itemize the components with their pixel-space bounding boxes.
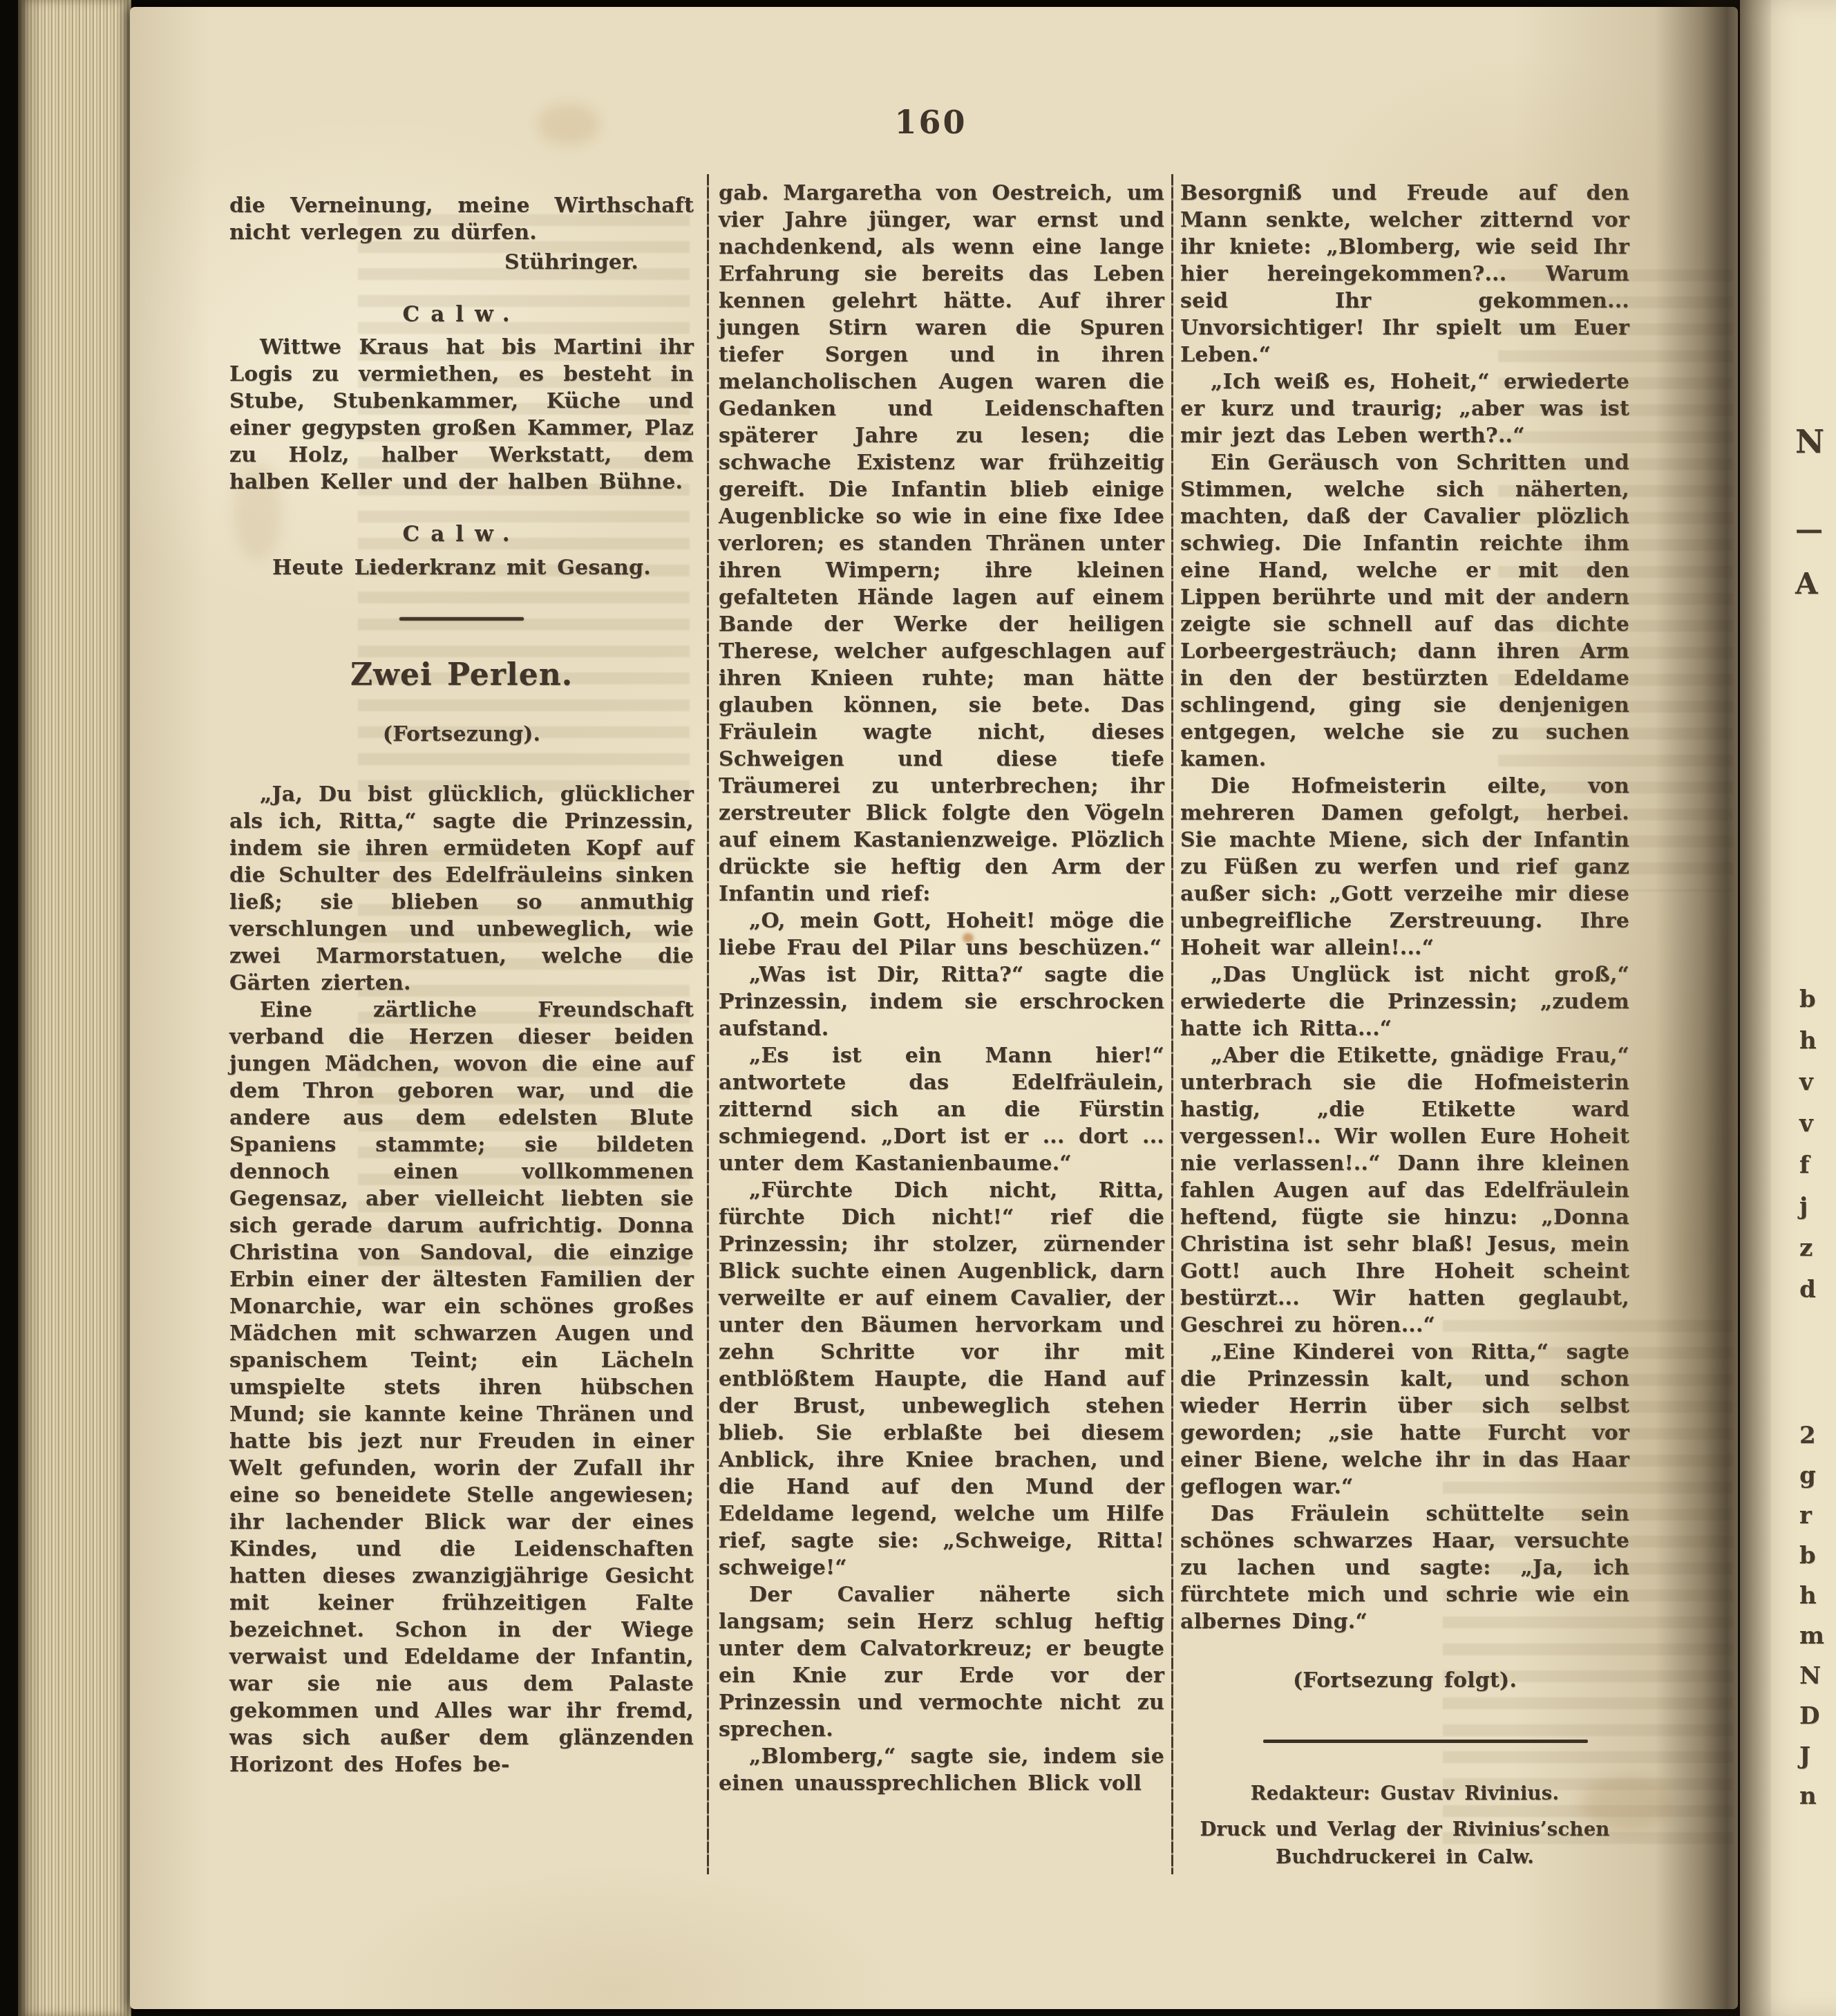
signature-stuehringer: Stühringer. — [229, 249, 694, 276]
story-paragraph: „Fürchte Dich nicht, Ritta, fürchte Dich… — [719, 1177, 1164, 1581]
newspaper-page: 160 die Verneinung, meine Wirthschaft ni… — [130, 7, 1738, 2009]
story-paragraph: Die Hofmeisterin eilte, von mehreren Dam… — [1180, 773, 1629, 961]
story-paragraph: gab. Margaretha von Oestreich, um vier J… — [719, 180, 1164, 907]
story-paragraph: Das Fräulein schüttelte sein schönes sch… — [1180, 1500, 1629, 1635]
column-3: Besorgniß und Freude auf den Mann senkte… — [1180, 180, 1629, 1872]
next-page-text-fragment: 2 g r b h m N D J n — [1799, 1415, 1824, 1816]
next-page-text-fragment: N — [1795, 423, 1824, 460]
continuation-note: (Fortsezung folgt). — [1180, 1667, 1629, 1694]
notice-body-rental: Wittwe Kraus hat bis Martini ihr Logis z… — [229, 334, 694, 496]
story-paragraph: „Das Unglück ist nicht groß,“ erwiederte… — [1180, 961, 1629, 1042]
story-paragraph: „Ich weiß es, Hoheit,“ erwiederte er kur… — [1180, 368, 1629, 449]
story-title: Zwei Perlen. — [229, 655, 694, 695]
next-page-edge: N — A b h v v f j z d 2 g r b h m N D J … — [1740, 0, 1836, 2016]
notice-heading-calw-2: Calw. — [229, 520, 694, 548]
next-page-text-fragment: — — [1795, 513, 1823, 545]
paper-stain — [538, 104, 600, 145]
story-paragraph: „O, mein Gott, Hoheit! möge die liebe Fr… — [719, 907, 1164, 961]
next-page-text-fragment: A — [1795, 567, 1818, 601]
imprint-publisher: Druck und Verlag der Rivinius’schen Buch… — [1180, 1816, 1629, 1872]
notice-heading-calw-1: Calw. — [229, 301, 694, 328]
story-paragraph: Besorgniß und Freude auf den Mann senkte… — [1180, 180, 1629, 368]
story-paragraph: „Blomberg,“ sagte sie, indem sie einen u… — [719, 1743, 1164, 1797]
column-divider-1 — [707, 174, 709, 1874]
column-1: die Verneinung, meine Wirthschaft nicht … — [229, 192, 694, 1778]
notice-body-liederkranz: Heute Liederkranz mit Gesang. — [229, 554, 694, 581]
book-fore-edge — [18, 0, 131, 2016]
paragraph-continuation: die Verneinung, meine Wirthschaft nicht … — [229, 192, 694, 246]
story-paragraph: Eine zärtliche Freundschaft verband die … — [229, 997, 694, 1778]
story-paragraph: „Aber die Etikette, gnädige Frau,“ unter… — [1180, 1042, 1629, 1339]
story-paragraph: Der Cavalier näherte sich langsam; sein … — [719, 1581, 1164, 1743]
story-paragraph: „Ja, Du bist glücklich, glücklicher als … — [229, 781, 694, 997]
story-paragraph: „Eine Kinderei von Ritta,“ sagte die Pri… — [1180, 1339, 1629, 1500]
next-page-text-fragment: b h v v f j z d — [1799, 979, 1817, 1310]
story-paragraph: „Es ist ein Mann hier!“ antwortete das E… — [719, 1042, 1164, 1177]
story-paragraph: Ein Geräusch von Schritten und Stimmen, … — [1180, 449, 1629, 773]
story-subtitle: (Fortsezung). — [229, 721, 694, 748]
scanned-book-spread: { "page": { "number": "160", "ink_color"… — [0, 0, 1836, 2016]
column-divider-2 — [1171, 174, 1173, 1874]
section-divider-rule — [399, 617, 524, 621]
story-paragraph: „Was ist Dir, Ritta?“ sagte die Prinzess… — [719, 961, 1164, 1042]
imprint-divider-rule — [1263, 1740, 1588, 1743]
page-number: 160 — [882, 104, 979, 141]
imprint-editor: Redakteur: Gustav Rivinius. — [1180, 1780, 1629, 1808]
column-2: gab. Margaretha von Oestreich, um vier J… — [719, 180, 1164, 1797]
